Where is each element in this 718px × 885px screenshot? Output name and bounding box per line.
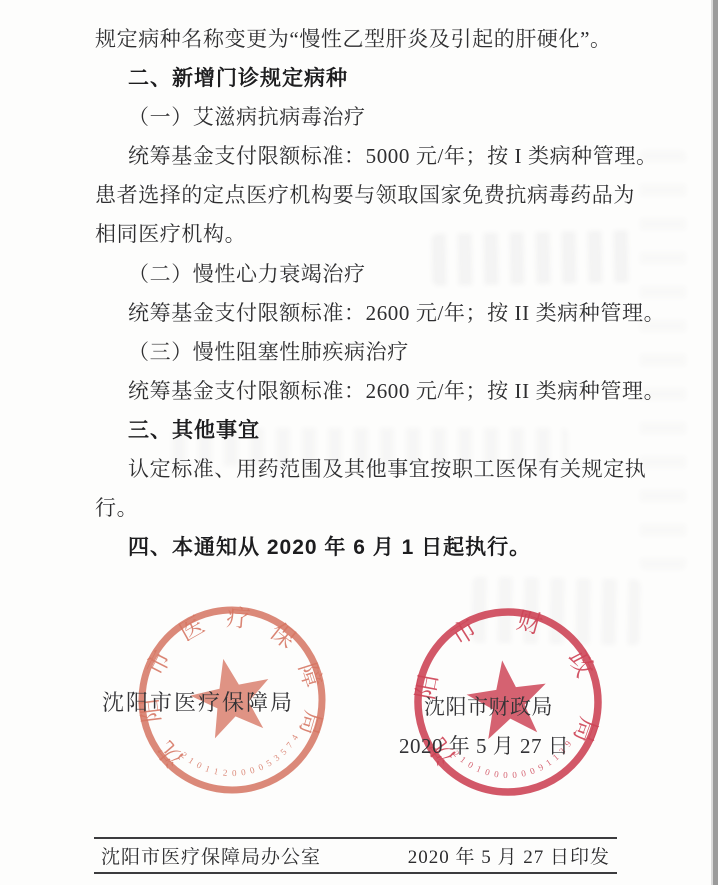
- footer-print-date: 2020 年 5 月 27 日印发: [408, 842, 610, 869]
- doc-line: 患者选择的定点医疗机构要与领取国家免费抗病毒药品为: [95, 176, 688, 215]
- doc-line: （三）慢性阻塞性肺疾病治疗: [95, 333, 688, 372]
- document-body: 规定病种名称变更为“慢性乙型肝炎及引起的肝硬化”。 二、新增门诊规定病种 （一）…: [95, 20, 688, 567]
- section-heading: 三、其他事宜: [95, 411, 688, 450]
- scanned-notice-page: { "page": { "background": "#fdfdfc", "ed…: [0, 0, 718, 885]
- doc-line: 认定标准、用药范围及其他事宜按职工医保有关规定执: [95, 450, 688, 489]
- section-heading: 四、本通知从 2020 年 6 月 1 日起执行。: [95, 528, 688, 567]
- doc-line: （一）艾滋病抗病毒治疗: [95, 98, 688, 137]
- doc-line: 统筹基金支付限额标准：2600 元/年；按 II 类病种管理。: [95, 372, 688, 411]
- doc-line: 相同医疗机构。: [95, 215, 688, 254]
- document-footer: 沈阳市医疗保障局办公室 2020 年 5 月 27 日印发: [94, 837, 617, 874]
- section-heading: 二、新增门诊规定病种: [95, 59, 688, 98]
- signature-agency-left: 沈阳市医疗保障局: [102, 686, 294, 717]
- signature-date: 2020 年 5 月 27 日: [399, 730, 569, 760]
- doc-line: 统筹基金支付限额标准：2600 元/年；按 II 类病种管理。: [95, 294, 688, 333]
- signature-agency-right: 沈阳市财政局: [424, 691, 553, 721]
- scan-page-edge: [711, 0, 718, 885]
- doc-line: （二）慢性心力衰竭治疗: [95, 255, 688, 294]
- footer-issuer: 沈阳市医疗保障局办公室: [101, 842, 321, 869]
- doc-line: 统筹基金支付限额标准：5000 元/年；按 I 类病种管理。: [95, 137, 688, 176]
- doc-line: 行。: [95, 489, 688, 528]
- doc-line: 规定病种名称变更为“慢性乙型肝炎及引起的肝硬化”。: [95, 20, 688, 59]
